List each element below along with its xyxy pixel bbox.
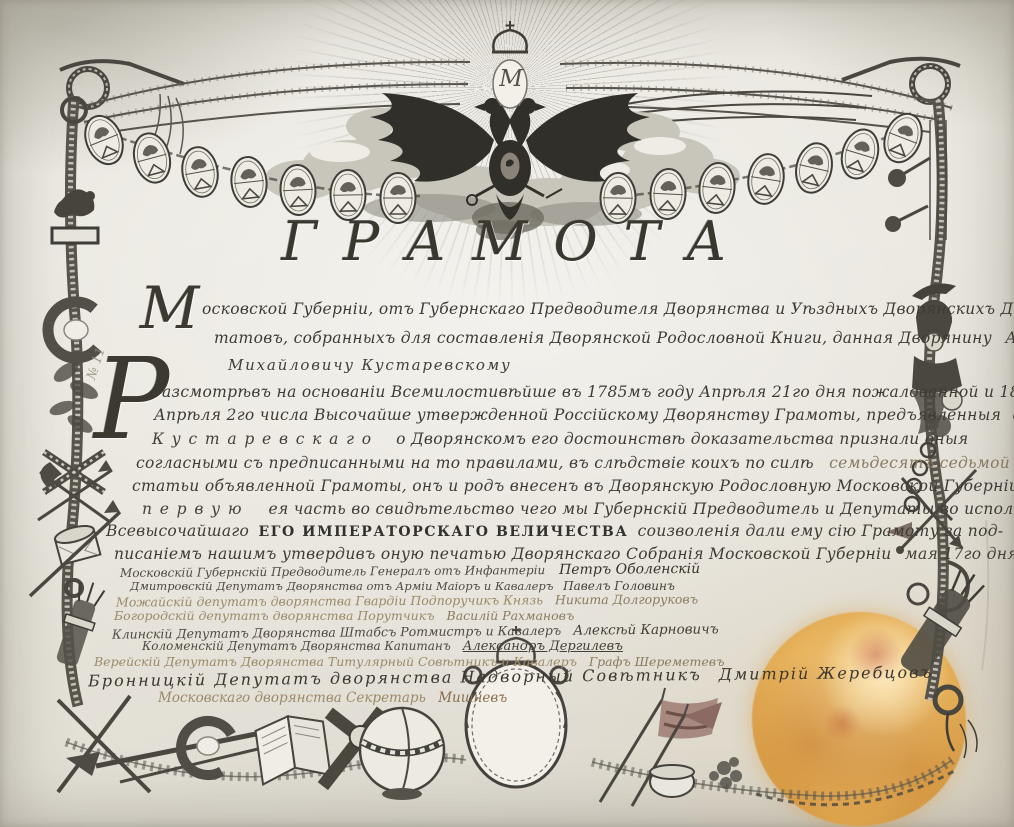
body-line-1: осковской Губерніи, отъ Губернскаго Пред… [202,300,1014,318]
orb-icon [360,708,444,800]
signature-office: Можайскій депутатъ дворянства Гвардіи По… [116,592,543,609]
medallion-icon [836,125,884,183]
signature-line: Богородскій депутатъ дворянства Порутчик… [114,608,574,623]
medallion-icon [78,110,129,169]
body-line-2-engraved: татовъ, собранныхъ для составленія Дворя… [214,329,992,347]
body-line-8: статьи объявленной Грамоты, онъ и родъ в… [132,477,1014,495]
signature-line: Дмитровскій Депутатъ Дворянства отъ Армі… [130,579,675,593]
body-line-9-engraved: ея часть во свидѣтельство чего мы Губерн… [269,500,1014,518]
secretary-name: Мишневъ [438,690,507,706]
signature-name: Дмитрій Жеребцовъ [719,663,933,684]
signature-name: Петръ Оболенскій [559,561,700,578]
charter-document: М № 11 ГРАМОТА М осковской Губерніи, отъ… [0,0,1014,827]
body-line-6-handwritten: Кустаревскаго [152,430,379,448]
signature-name: Александръ Дергилевъ [463,639,623,654]
fruit-cluster-icon [709,757,742,789]
body-line-5: Апрѣля 2го числа Высочайше утвержденной … [154,406,1014,424]
medallion-icon [791,140,836,197]
body-line-10-engraved-a: Всевысочайшаго [106,522,249,540]
imperial-majesty-caps: ЕГО ИМПЕРАТОРСКАГО ВЕЛИЧЕСТВА [258,524,628,540]
body-line-9: первую ея часть во свидѣтельство чего мы… [142,500,1014,518]
date-handwritten: мая 17го дня 1839 года [905,545,1014,563]
body-line-2-handwritten: Алексѣю [1005,329,1014,347]
open-book-icon [254,712,330,785]
secretary-line: Московскаго дворянства Секретарь Мишневъ [158,690,507,706]
signature-office: Богородскій депутатъ дворянства Порутчик… [114,608,435,623]
signature-office: Дмитровскій Депутатъ Дворянства отъ Армі… [130,579,553,593]
medallion-icon [178,144,221,199]
signature-line: Коломенскій Депутатъ Дворянства Капитанъ… [142,639,623,654]
secretary-office: Московскаго дворянства Секретарь [158,690,426,706]
body-line-7-engraved: согласными съ предписанными на то правил… [136,454,814,472]
body-line-5-engraved: Апрѣля 2го числа Высочайше утвержденной … [154,406,1001,424]
body-line-2: татовъ, собранныхъ для составленія Дворя… [214,329,1014,347]
imperial-monogram: М [499,66,523,92]
body-line-9-handwritten: первую [142,500,249,518]
signature-name: Никита Долгоруковъ [555,591,698,607]
body-line-7-handwritten: семьдесятъ седьмой [829,454,1010,472]
body-line-11: писаніемъ нашимъ утвердивъ оную печатью … [114,545,1014,563]
signature-office: Московскій Губернскій Предводитель Генер… [120,563,545,580]
signature-name: Алексѣй Карновичъ [573,621,719,638]
imperial-crown-icon [492,21,528,108]
body-line-4: азсмотрѣвъ на основаніи Всемилостивѣйше … [162,383,1014,401]
medallion-icon [129,129,176,186]
body-line-10: Всевысочайшаго ЕГО ИМПЕРАТОРСКАГО ВЕЛИЧЕ… [106,522,1003,540]
document-title: ГРАМОТА [10,210,1014,273]
body-line-3-handwritten: Михайловичу Кустаревскому [228,356,511,374]
body-line-6: Кустаревскаго о Дворянскомъ его достоинс… [152,430,968,448]
body-line-10-engraved-b: соизволенія дали ему сію Грамоту за под- [638,522,1004,540]
body-line-6-engraved: о Дворянскомъ его достоинствѣ доказатель… [396,430,968,448]
body-line-11-engraved: писаніемъ нашимъ утвердивъ оную печатью … [114,545,892,563]
dropcap-m: М [140,274,199,342]
signature-office: Коломенскій Депутатъ Дворянства Капитанъ [142,639,451,653]
body-line-7: согласными съ предписанными на то правил… [136,454,1010,472]
signature-name: Василій Рахмановъ [447,608,575,623]
signature-line: Можайскій депутатъ дворянства Гвардіи По… [116,591,698,609]
medallion-icon [229,155,269,208]
medallion-icon [745,152,787,207]
